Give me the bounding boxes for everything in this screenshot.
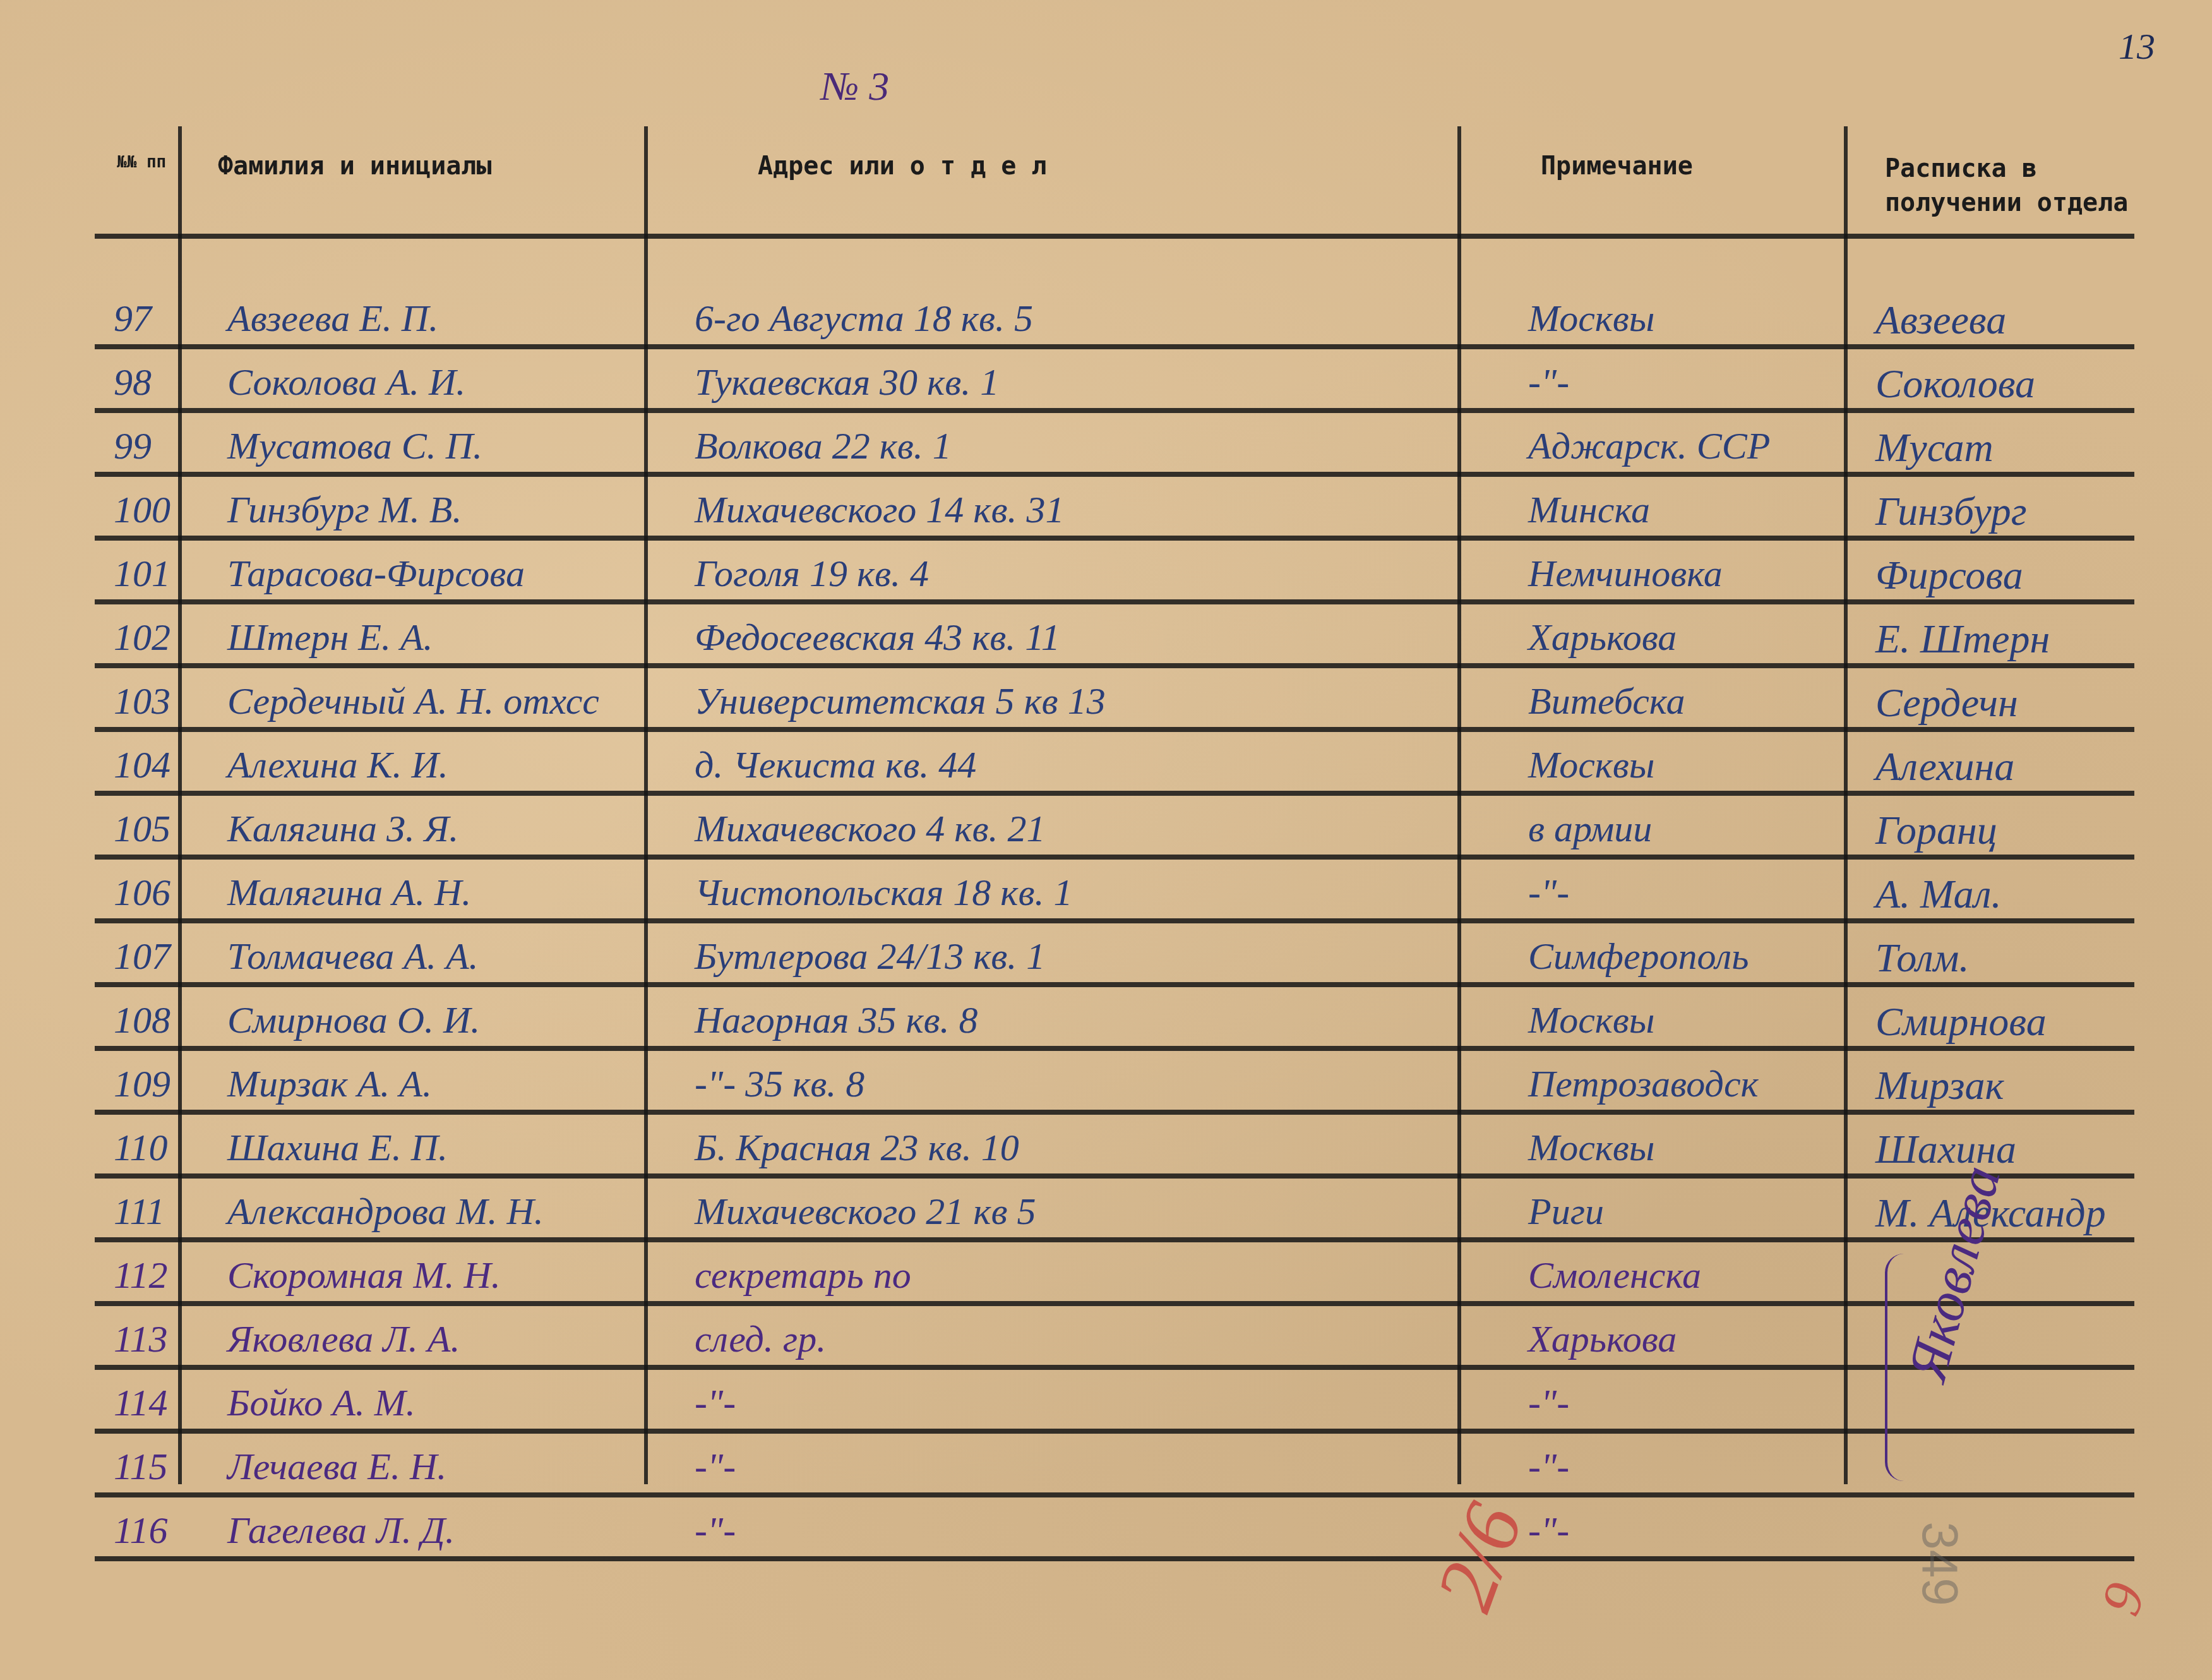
person-name: Гинзбург М. В. xyxy=(227,488,462,532)
address: -"- xyxy=(695,1445,736,1489)
table-row: 108Смирнова О. И.Нагорная 35 кв. 8Москвы… xyxy=(0,999,2212,1039)
row-number: 113 xyxy=(114,1317,183,1361)
header-receipt: Расписка в получении отдела xyxy=(1885,152,2137,220)
row-number: 101 xyxy=(114,552,183,596)
address: Бутлерова 24/13 кв. 1 xyxy=(695,935,1045,978)
note: Москвы xyxy=(1528,743,1655,787)
header-name: Фамилия и инициалы xyxy=(218,152,491,181)
address: Нагорная 35 кв. 8 xyxy=(695,999,978,1042)
address: Б. Красная 23 кв. 10 xyxy=(695,1126,1019,1170)
address: -"- xyxy=(695,1509,736,1552)
receipt-signature: Мусат xyxy=(1875,424,1994,471)
note: -"- xyxy=(1528,1381,1569,1425)
address: Михачевского 4 кв. 21 xyxy=(695,807,1045,851)
address: д. Чекиста кв. 44 xyxy=(695,743,976,787)
receipt-signature: Соколова xyxy=(1875,361,2035,407)
note: Смоленска xyxy=(1528,1254,1701,1297)
address: Волкова 22 кв. 1 xyxy=(695,424,952,468)
table-row: 116Гагелева Л. Д.-"--"- xyxy=(0,1509,2212,1549)
row-number: 102 xyxy=(114,616,183,659)
row-rule xyxy=(95,1237,2134,1242)
note: -"- xyxy=(1528,1445,1569,1489)
person-name: Соколова А. И. xyxy=(227,361,465,404)
person-name: Авзеева Е. П. xyxy=(227,297,438,340)
red-pencil-mark: 9 xyxy=(2088,1575,2158,1624)
receipt-signature: Сердечн xyxy=(1875,680,2018,726)
person-name: Гагелева Л. Д. xyxy=(227,1509,455,1552)
table-row: 110Шахина Е. П.Б. Красная 23 кв. 10Москв… xyxy=(0,1126,2212,1167)
table-row: 104Алехина К. И.д. Чекиста кв. 44МосквыА… xyxy=(0,743,2212,784)
address: -"- xyxy=(695,1381,736,1425)
note: Витебска xyxy=(1528,680,1685,723)
page-number: 13 xyxy=(2119,25,2155,68)
row-rule xyxy=(95,918,2134,923)
table-row: 114Бойко А. М.-"--"- xyxy=(0,1381,2212,1422)
table-row: 103Сердечный А. Н. отхссУниверситетская … xyxy=(0,680,2212,720)
receipt-signature: Шахина xyxy=(1875,1126,2016,1173)
address: 6-го Августа 18 кв. 5 xyxy=(695,297,1033,340)
note: Харькова xyxy=(1528,1317,1677,1361)
receipt-signature: Фирсова xyxy=(1875,552,2023,599)
row-rule xyxy=(95,536,2134,541)
address: след. гр. xyxy=(695,1317,826,1361)
table-row: 101Тарасова-ФирсоваГоголя 19 кв. 4Немчин… xyxy=(0,552,2212,592)
receipt-signature: Горанц xyxy=(1875,807,1997,854)
address: Тукаевская 30 кв. 1 xyxy=(695,361,999,404)
row-number: 111 xyxy=(114,1190,183,1233)
header-num: №№ пп xyxy=(117,152,174,173)
row-rule xyxy=(95,791,2134,796)
row-rule xyxy=(95,855,2134,860)
table-row: 112Скоромная М. Н.секретарь поСмоленска xyxy=(0,1254,2212,1294)
address: -"- 35 кв. 8 xyxy=(695,1062,864,1106)
note: Минска xyxy=(1528,488,1650,532)
receipt-signature: Толм. xyxy=(1875,935,1969,981)
table-row: 106Малягина А. Н.Чистопольская 18 кв. 1-… xyxy=(0,871,2212,911)
row-number: 98 xyxy=(114,361,183,404)
row-rule xyxy=(95,472,2134,477)
note: Симферополь xyxy=(1528,935,1749,978)
person-name: Скоромная М. Н. xyxy=(227,1254,501,1297)
header-address: Адрес или о т д е л xyxy=(758,152,1047,181)
receipt-signature: Алехина xyxy=(1875,743,2014,790)
note: Харькова xyxy=(1528,616,1677,659)
receipt-signature: Авзеева xyxy=(1875,297,2006,344)
row-number: 100 xyxy=(114,488,183,532)
row-number: 97 xyxy=(114,297,183,340)
note: Москвы xyxy=(1528,297,1655,340)
receipt-signature: Гинзбург xyxy=(1875,488,2027,535)
row-rule xyxy=(95,982,2134,987)
receipt-signature: Мирзак xyxy=(1875,1062,2004,1109)
row-rule xyxy=(95,663,2134,668)
note: Москвы xyxy=(1528,999,1655,1042)
person-name: Алехина К. И. xyxy=(227,743,448,787)
header-rule xyxy=(95,234,2134,239)
row-number: 116 xyxy=(114,1509,183,1552)
person-name: Шахина Е. П. xyxy=(227,1126,448,1170)
row-rule xyxy=(95,599,2134,604)
receipt-signature: Е. Штерн xyxy=(1875,616,2050,663)
person-name: Тарасова-Фирсова xyxy=(227,552,525,596)
table-row: 109Мирзак А. А.-"- 35 кв. 8ПетрозаводскМ… xyxy=(0,1062,2212,1103)
person-name: Малягина А. Н. xyxy=(227,871,471,915)
table-row: 102Штерн Е. А.Федосеевская 43 кв. 11Харь… xyxy=(0,616,2212,656)
person-name: Штерн Е. А. xyxy=(227,616,433,659)
address: Гоголя 19 кв. 4 xyxy=(695,552,929,596)
row-rule xyxy=(95,1173,2134,1179)
row-number: 108 xyxy=(114,999,183,1042)
list-number: № 3 xyxy=(821,63,889,110)
table-row: 98Соколова А. И.Тукаевская 30 кв. 1-"-Со… xyxy=(0,361,2212,401)
table-row: 100Гинзбург М. В.Михачевского 14 кв. 31М… xyxy=(0,488,2212,529)
note: Москвы xyxy=(1528,1126,1655,1170)
row-number: 110 xyxy=(114,1126,183,1170)
person-name: Смирнова О. И. xyxy=(227,999,480,1042)
person-name: Лечаева Е. Н. xyxy=(227,1445,446,1489)
row-rule xyxy=(95,1301,2134,1306)
note: в армии xyxy=(1528,807,1652,851)
row-rule xyxy=(95,408,2134,413)
address: Михачевского 21 кв 5 xyxy=(695,1190,1036,1233)
table-row: 105Калягина З. Я.Михачевского 4 кв. 21в … xyxy=(0,807,2212,848)
archive-pencil-number: 349 xyxy=(1911,1521,1969,1605)
person-name: Толмачева А. А. xyxy=(227,935,479,978)
note: Аджарск. ССР xyxy=(1528,424,1770,468)
table-row: 99Мусатова С. П.Волкова 22 кв. 1Аджарск.… xyxy=(0,424,2212,465)
person-name: Мирзак А. А. xyxy=(227,1062,432,1106)
person-name: Бойко А. М. xyxy=(227,1381,415,1425)
row-rule xyxy=(95,1046,2134,1051)
table-row: 107Толмачева А. А.Бутлерова 24/13 кв. 1С… xyxy=(0,935,2212,975)
row-number: 99 xyxy=(114,424,183,468)
row-rule xyxy=(95,1365,2134,1370)
address: Федосеевская 43 кв. 11 xyxy=(695,616,1060,659)
row-number: 104 xyxy=(114,743,183,787)
row-number: 109 xyxy=(114,1062,183,1106)
note: -"- xyxy=(1528,361,1569,404)
row-number: 112 xyxy=(114,1254,183,1297)
table-row: 113Яковлева Л. А.след. гр.Харькова xyxy=(0,1317,2212,1358)
row-number: 107 xyxy=(114,935,183,978)
person-name: Калягина З. Я. xyxy=(227,807,458,851)
row-number: 114 xyxy=(114,1381,183,1425)
receipt-signature: А. Мал. xyxy=(1875,871,2001,918)
person-name: Мусатова С. П. xyxy=(227,424,482,468)
note: Петрозаводск xyxy=(1528,1062,1759,1106)
person-name: Александрова М. Н. xyxy=(227,1190,544,1233)
row-rule xyxy=(95,1492,2134,1497)
address: Чистопольская 18 кв. 1 xyxy=(695,871,1072,915)
row-rule xyxy=(95,1429,2134,1434)
row-rule xyxy=(95,1110,2134,1115)
row-rule xyxy=(95,1556,2134,1561)
row-number: 115 xyxy=(114,1445,183,1489)
note: Риги xyxy=(1528,1190,1604,1233)
person-name: Сердечный А. Н. отхсс xyxy=(227,680,599,723)
table-row: 97Авзеева Е. П.6-го Августа 18 кв. 5Моск… xyxy=(0,297,2212,337)
note: -"- xyxy=(1528,871,1569,915)
address: секретарь по xyxy=(695,1254,911,1297)
row-rule xyxy=(95,344,2134,349)
receipt-signature: Смирнова xyxy=(1875,999,2047,1045)
note: Немчиновка xyxy=(1528,552,1723,596)
table-row: 111Александрова М. Н.Михачевского 21 кв … xyxy=(0,1190,2212,1230)
row-number: 103 xyxy=(114,680,183,723)
row-number: 106 xyxy=(114,871,183,915)
address: Михачевского 14 кв. 31 xyxy=(695,488,1064,532)
table-row: 115Лечаева Е. Н.-"--"- xyxy=(0,1445,2212,1485)
address: Университетская 5 кв 13 xyxy=(695,680,1106,723)
header-note: Примечание xyxy=(1541,152,1693,181)
row-number: 105 xyxy=(114,807,183,851)
row-rule xyxy=(95,727,2134,732)
person-name: Яковлева Л. А. xyxy=(227,1317,460,1361)
